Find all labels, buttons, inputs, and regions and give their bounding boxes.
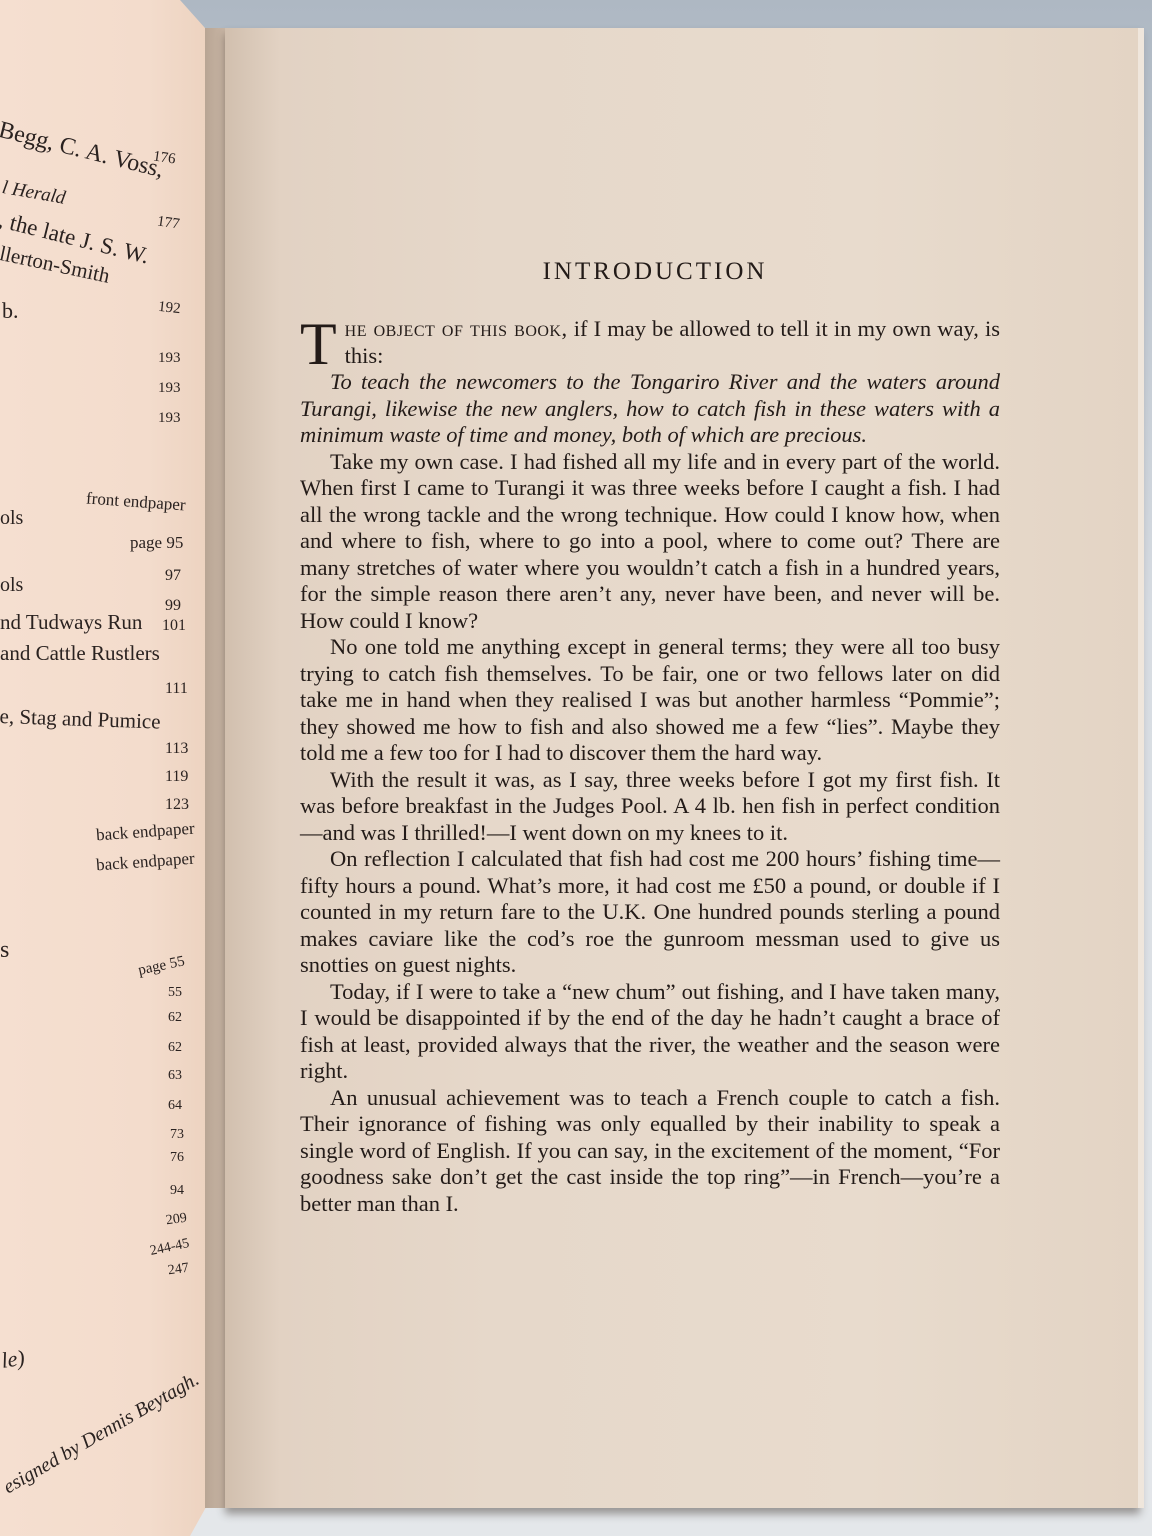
illustration-entry: ols — [0, 575, 23, 595]
paragraph: On reflection I calculated that fish had… — [300, 846, 1000, 979]
illustration-page-number: 193 — [158, 410, 181, 427]
page-edge — [1138, 28, 1144, 1508]
illustration-page-number: 177 — [156, 214, 181, 234]
introduction-text: INTRODUCTION The object of this book, if… — [300, 258, 1000, 1217]
illustration-page-number: 119 — [165, 768, 188, 786]
paragraph: No one told me anything except in genera… — [300, 634, 1000, 767]
illustration-page-number: 55 — [168, 985, 182, 1001]
illustration-page-number: 101 — [162, 617, 186, 635]
illustration-page-number: 76 — [170, 1150, 184, 1166]
paragraph: With the result it was, as I say, three … — [300, 767, 1000, 847]
illustration-page-number: 244-45 — [149, 1236, 191, 1260]
illustration-page-number: 62 — [168, 1040, 182, 1056]
illustration-entry: l Herald — [1, 178, 67, 208]
illustration-page-number: 111 — [165, 680, 188, 698]
illustration-page-number: 123 — [165, 796, 189, 814]
illustration-page-number: 63 — [168, 1068, 182, 1084]
chapter-title: INTRODUCTION — [300, 258, 1000, 286]
opening-smallcaps: he object of this book, — [345, 316, 568, 341]
illustration-entry: Begg, C. A. Voss, — [0, 118, 166, 182]
drop-cap: T — [300, 320, 337, 368]
illustration-page-number: 73 — [170, 1127, 184, 1143]
illustration-page-number: page 95 — [130, 533, 183, 553]
illustrations-credit: esigned by Dennis Beytagh. — [0, 1369, 202, 1497]
illustration-page-number: 94 — [170, 1183, 184, 1199]
paragraph: Today, if I were to take a “new chum” ou… — [300, 979, 1000, 1085]
illustration-page-number: front endpaper — [85, 489, 186, 516]
illustration-page-number: page 55 — [137, 953, 187, 979]
left-page: Begg, C. A. Voss, 176 l Herald , the lat… — [0, 0, 212, 1536]
opening-paragraph: The object of this book, if I may be all… — [300, 316, 1000, 369]
illustration-entry: ols — [0, 508, 23, 528]
illustration-page-number: 113 — [165, 740, 188, 758]
illustration-page-number: 97 — [165, 567, 181, 585]
right-page: INTRODUCTION The object of this book, if… — [225, 28, 1140, 1508]
paragraph: An unusual achievement was to teach a Fr… — [300, 1085, 1000, 1218]
illustration-entry: le) — [0, 1347, 26, 1372]
illustration-page-number: 64 — [168, 1098, 182, 1114]
illustration-page-number: back endpaper — [95, 819, 195, 846]
illustration-page-number: 192 — [157, 299, 181, 318]
illustration-page-number: 62 — [168, 1010, 182, 1026]
paragraph: Take my own case. I had fished all my li… — [300, 449, 1000, 635]
illustration-page-number: 176 — [152, 149, 177, 169]
illustration-page-number: 193 — [158, 380, 181, 397]
illustration-page-number: 193 — [158, 350, 181, 367]
illustration-page-number: 209 — [165, 1211, 188, 1230]
paragraph: To teach the newcomers to the Tongariro … — [300, 369, 1000, 449]
illustration-entry: e, Stag and Pumice — [0, 706, 161, 733]
illustration-page-number: 99 — [165, 597, 181, 615]
chapter-body: The object of this book, if I may be all… — [300, 316, 1000, 1217]
illustration-page-number: 247 — [167, 1261, 190, 1280]
illustration-entry: nd Tudways Run — [0, 612, 142, 633]
illustration-entry: and Cattle Rustlers — [0, 643, 160, 664]
illustration-page-number: back endpaper — [95, 849, 195, 876]
illustration-entry: s — [0, 938, 9, 962]
illustration-entry: b. — [2, 300, 19, 322]
